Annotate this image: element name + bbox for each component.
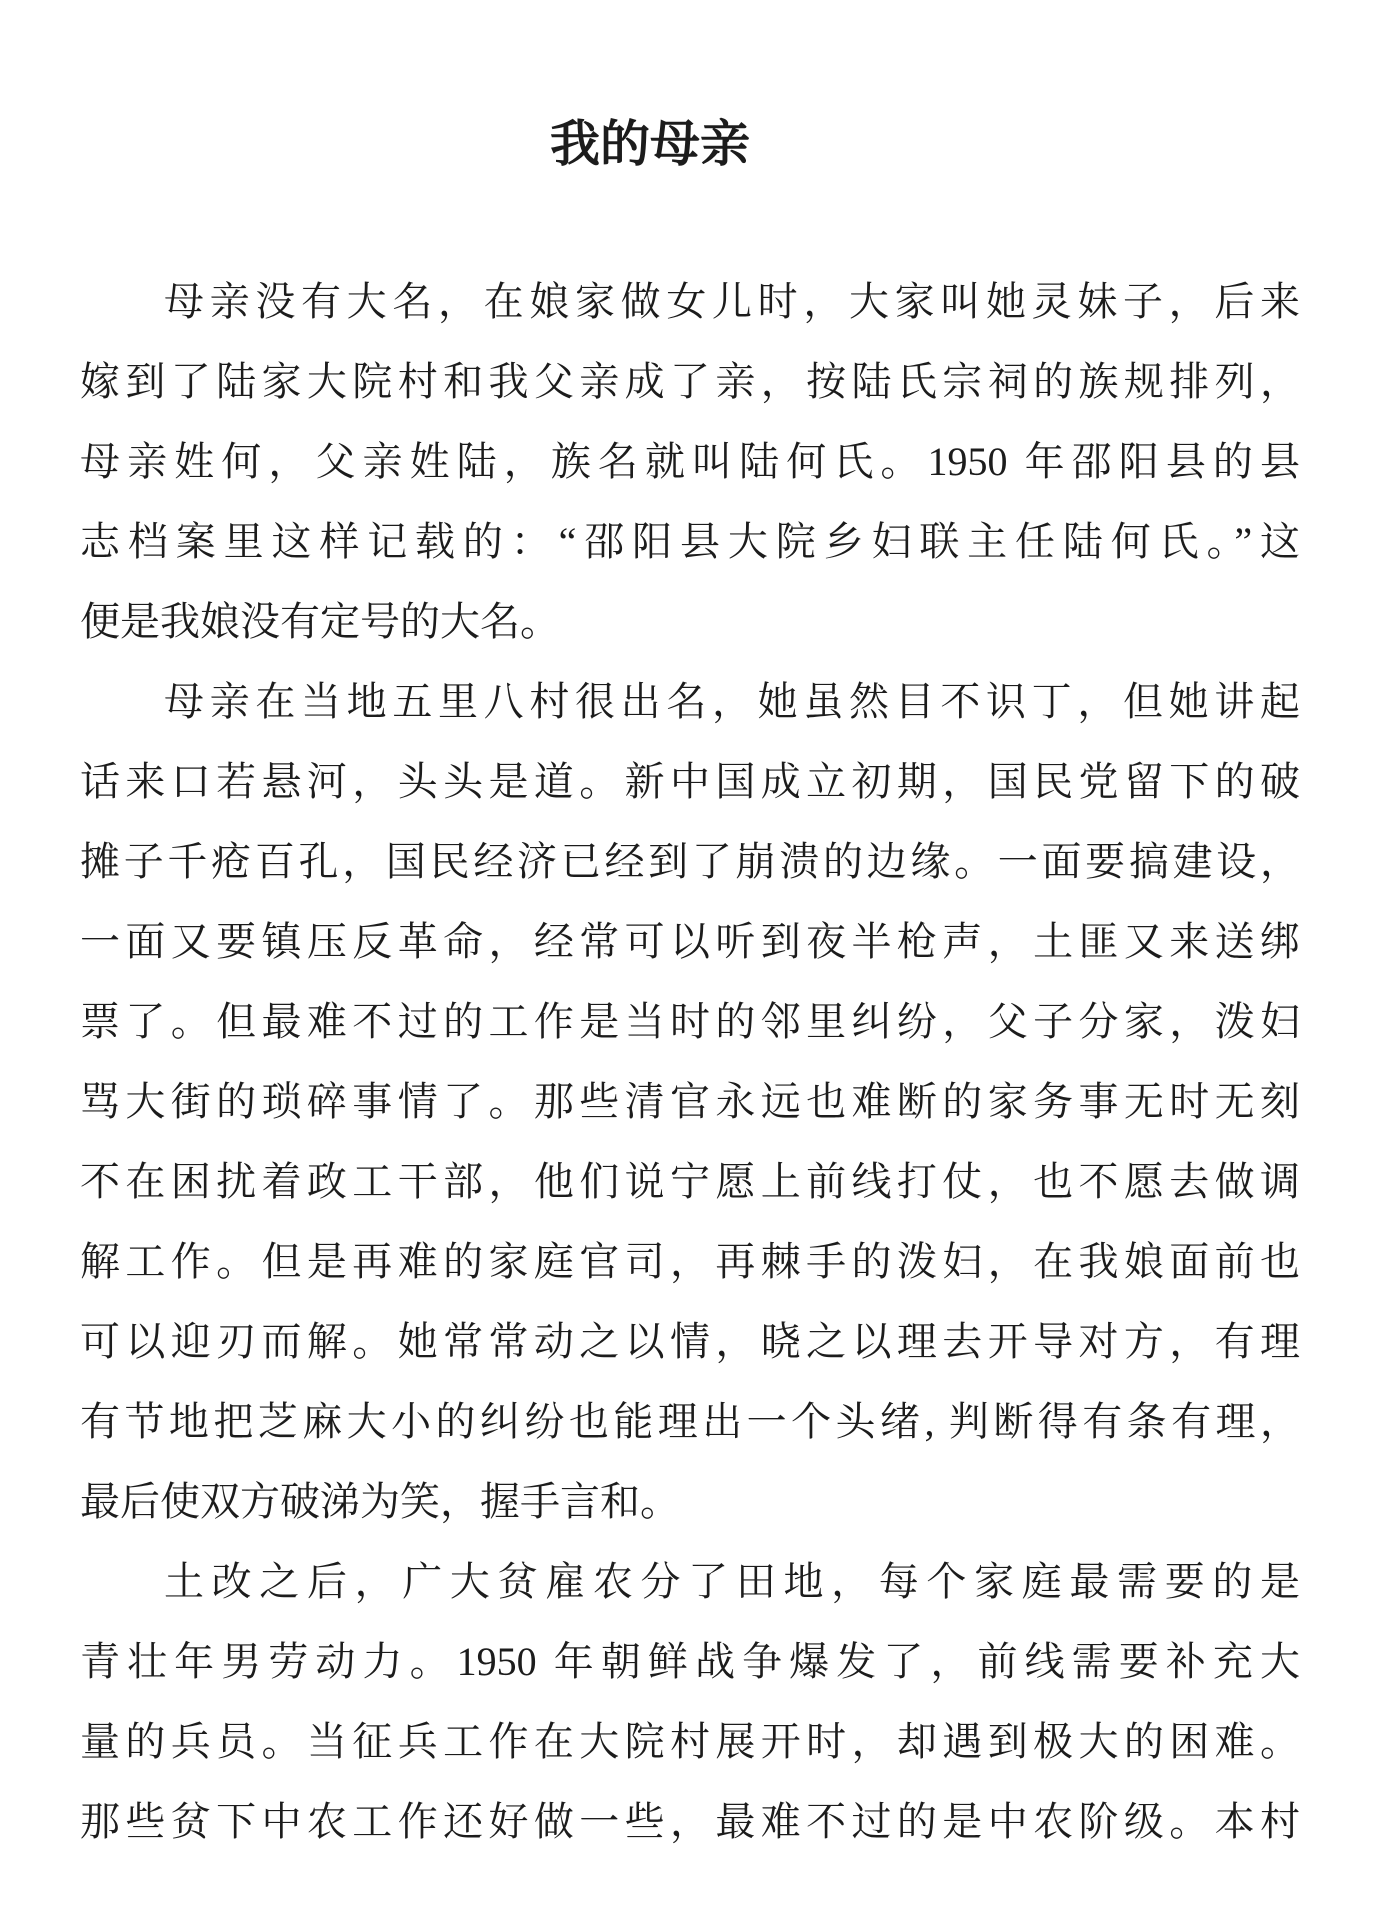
text-line: 骂大街的琐碎事情了。那些清官永远也难断的家务事无时无刻	[80, 1062, 1300, 1142]
document-title: 我的母亲	[40, 114, 1260, 174]
text-line: 可以迎刃而解。她常常动之以情，晓之以理去开导对方，有理	[80, 1302, 1300, 1382]
text-line: 母亲在当地五里八村很出名，她虽然目不识丁，但她讲起	[80, 662, 1300, 742]
text-line: 志档案里这样记载的：“邵阳县大院乡妇联主任陆何氏。”这	[80, 502, 1300, 582]
text-line: 土改之后，广大贫雇农分了田地，每个家庭最需要的是	[80, 1542, 1300, 1622]
paragraph-2: 母亲在当地五里八村很出名，她虽然目不识丁，但她讲起 话来口若悬河，头头是道。新中…	[80, 662, 1300, 1542]
text-line: 便是我娘没有定号的大名。	[80, 582, 1300, 662]
text-line: 有节地把芝麻大小的纠纷也能理出一个头绪, 判断得有条有理，	[80, 1382, 1300, 1462]
text-line: 嫁到了陆家大院村和我父亲成了亲，按陆氏宗祠的族规排列，	[80, 342, 1300, 422]
text-line: 票了。但最难不过的工作是当时的邻里纠纷，父子分家，泼妇	[80, 982, 1300, 1062]
text-line: 青壮年男劳动力。1950 年朝鲜战争爆发了，前线需要补充大	[80, 1622, 1300, 1702]
document-page: 我的母亲 母亲没有大名，在娘家做女儿时，大家叫她灵妹子，后来 嫁到了陆家大院村和…	[0, 0, 1374, 1910]
text-line: 最后使双方破涕为笑，握手言和。	[80, 1462, 1300, 1542]
text-line: 那些贫下中农工作还好做一些，最难不过的是中农阶级。本村	[80, 1782, 1300, 1862]
paragraph-1: 母亲没有大名，在娘家做女儿时，大家叫她灵妹子，后来 嫁到了陆家大院村和我父亲成了…	[80, 262, 1300, 662]
text-line: 量的兵员。当征兵工作在大院村展开时，却遇到极大的困难。	[80, 1702, 1300, 1782]
text-line: 解工作。但是再难的家庭官司，再棘手的泼妇，在我娘面前也	[80, 1222, 1300, 1302]
text-line: 摊子千疮百孔，国民经济已经到了崩溃的边缘。一面要搞建设，	[80, 822, 1300, 902]
paragraph-3: 土改之后，广大贫雇农分了田地，每个家庭最需要的是 青壮年男劳动力。1950 年朝…	[80, 1542, 1300, 1862]
text-line: 母亲没有大名，在娘家做女儿时，大家叫她灵妹子，后来	[80, 262, 1300, 342]
text-line: 不在困扰着政工干部，他们说宁愿上前线打仗，也不愿去做调	[80, 1142, 1300, 1222]
text-line: 一面又要镇压反革命，经常可以听到夜半枪声，土匪又来送绑	[80, 902, 1300, 982]
document-body: 母亲没有大名，在娘家做女儿时，大家叫她灵妹子，后来 嫁到了陆家大院村和我父亲成了…	[80, 262, 1300, 1862]
text-line: 话来口若悬河，头头是道。新中国成立初期，国民党留下的破	[80, 742, 1300, 822]
text-line: 母亲姓何，父亲姓陆，族名就叫陆何氏。1950 年邵阳县的县	[80, 422, 1300, 502]
